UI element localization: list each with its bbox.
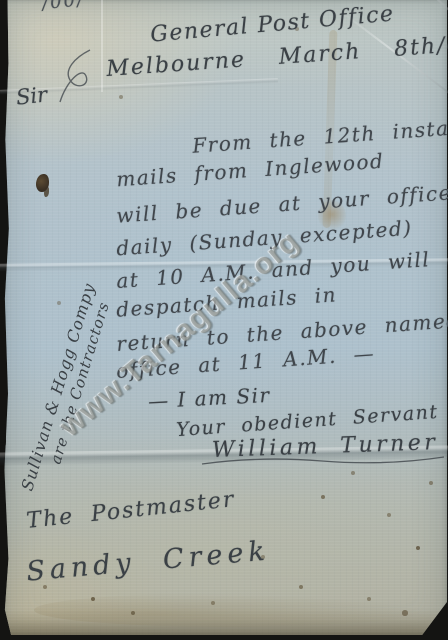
signature-underline-flourish xyxy=(200,452,446,468)
vertical-crease xyxy=(101,0,103,92)
torn-edge-notch xyxy=(0,58,7,74)
pen-flourish xyxy=(56,48,98,104)
salutation: Sir xyxy=(15,82,48,109)
torn-edge-notch xyxy=(0,196,6,230)
letter-scan: /00/ General Post Office Melbourne March… xyxy=(0,0,448,640)
torn-edge-notch xyxy=(0,556,5,582)
torn-edge-notch xyxy=(0,432,6,450)
fox-spots xyxy=(0,0,2,2)
bottom-stain xyxy=(34,593,427,627)
